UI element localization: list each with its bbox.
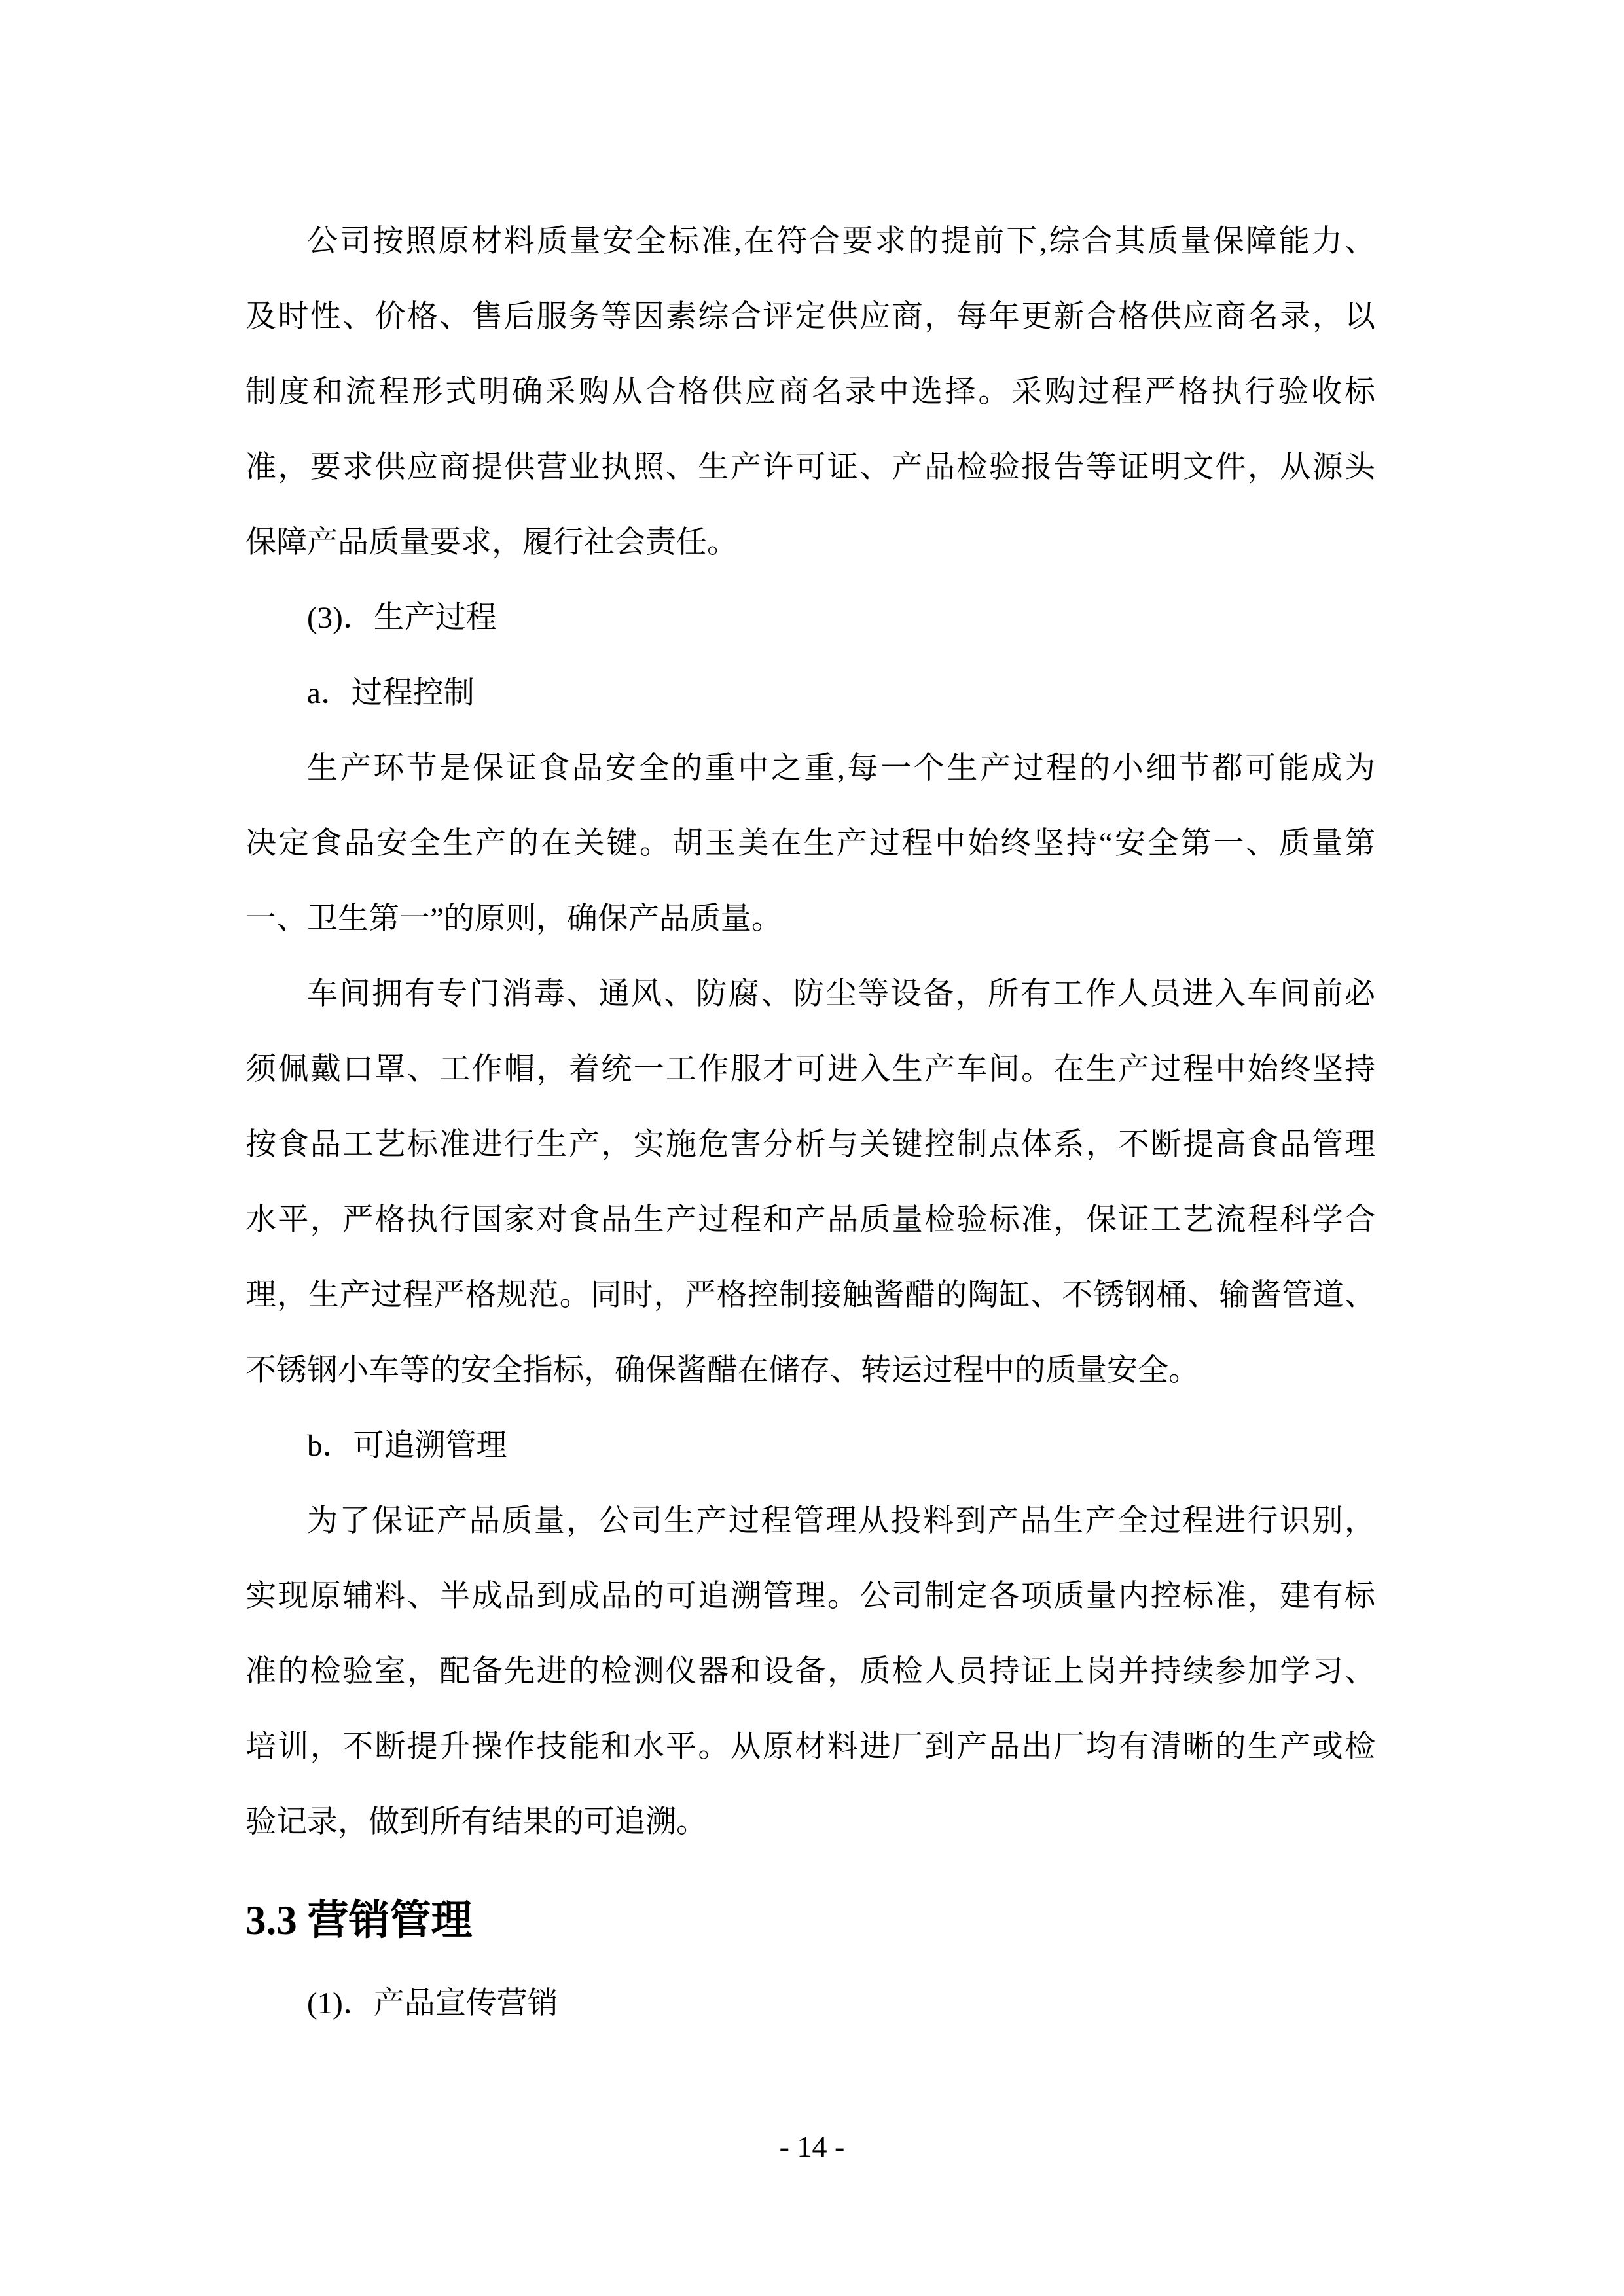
paragraph-line: 实现原辅料、半成品到成品的可追溯管理。公司制定各项质量内控标准，建有标 <box>245 1559 1375 1634</box>
paragraph-line: 一、卫生第一”的原则，确保产品质量。 <box>245 882 1375 957</box>
document-page: 公司按照原材料质量安全标准,在符合要求的提前下,综合其质量保障能力、 及时性、价… <box>0 0 1624 2296</box>
heading-production-process: (3)．生产过程 <box>245 581 1375 656</box>
paragraph-line: 公司按照原材料质量安全标准,在符合要求的提前下,综合其质量保障能力、 <box>245 204 1375 279</box>
paragraph-line: 水平，严格执行国家对食品生产过程和产品质量检验标准，保证工艺流程科学合 <box>245 1183 1375 1258</box>
paragraph-line: 为了保证产品质量，公司生产过程管理从投料到产品生产全过程进行识别， <box>245 1484 1375 1559</box>
paragraph-line: 验记录，做到所有结果的可追溯。 <box>245 1785 1375 1860</box>
paragraph-supplier-evaluation: 公司按照原材料质量安全标准,在符合要求的提前下,综合其质量保障能力、 及时性、价… <box>245 204 1375 581</box>
paragraph-line: 保障产品质量要求，履行社会责任。 <box>245 505 1375 581</box>
paragraph-workshop-control: 车间拥有专门消毒、通风、防腐、防尘等设备，所有工作人员进入车间前必 须佩戴口罩、… <box>245 957 1375 1408</box>
heading-product-promotion: (1)．产品宣传营销 <box>245 1966 1375 2041</box>
paragraph-line: 理，生产过程严格规范。同时，严格控制接触酱醋的陶缸、不锈钢桶、输酱管道、 <box>245 1258 1375 1333</box>
page-number: - 14 - <box>0 2128 1624 2164</box>
heading-traceability-management: b．可追溯管理 <box>245 1408 1375 1484</box>
section-heading-marketing-management: 3.3 营销管理 <box>245 1874 1375 1966</box>
paragraph-line: 准，要求供应商提供营业执照、生产许可证、产品检验报告等证明文件，从源头 <box>245 430 1375 505</box>
paragraph-line: 制度和流程形式明确采购从合格供应商名录中选择。采购过程严格执行验收标 <box>245 355 1375 430</box>
paragraph-line: 按食品工艺标准进行生产，实施危害分析与关键控制点体系，不断提高食品管理 <box>245 1107 1375 1183</box>
heading-process-control: a．过程控制 <box>245 656 1375 731</box>
paragraph-line: 不锈钢小车等的安全指标，确保酱醋在储存、转运过程中的质量安全。 <box>245 1333 1375 1408</box>
paragraph-line: 生产环节是保证食品安全的重中之重,每一个生产过程的小细节都可能成为 <box>245 731 1375 806</box>
paragraph-line: 培训，不断提升操作技能和水平。从原材料进厂到产品出厂均有清晰的生产或检 <box>245 1710 1375 1785</box>
paragraph-traceability: 为了保证产品质量，公司生产过程管理从投料到产品生产全过程进行识别， 实现原辅料、… <box>245 1484 1375 1860</box>
document-body: 公司按照原材料质量安全标准,在符合要求的提前下,综合其质量保障能力、 及时性、价… <box>245 204 1375 2041</box>
paragraph-production-principles: 生产环节是保证食品安全的重中之重,每一个生产过程的小细节都可能成为 决定食品安全… <box>245 731 1375 957</box>
paragraph-line: 决定食品安全生产的在关键。胡玉美在生产过程中始终坚持“安全第一、质量第 <box>245 806 1375 882</box>
paragraph-line: 准的检验室，配备先进的检测仪器和设备，质检人员持证上岗并持续参加学习、 <box>245 1634 1375 1710</box>
paragraph-line: 须佩戴口罩、工作帽，着统一工作服才可进入生产车间。在生产过程中始终坚持 <box>245 1032 1375 1107</box>
paragraph-line: 及时性、价格、售后服务等因素综合评定供应商，每年更新合格供应商名录，以 <box>245 279 1375 355</box>
paragraph-line: 车间拥有专门消毒、通风、防腐、防尘等设备，所有工作人员进入车间前必 <box>245 957 1375 1032</box>
